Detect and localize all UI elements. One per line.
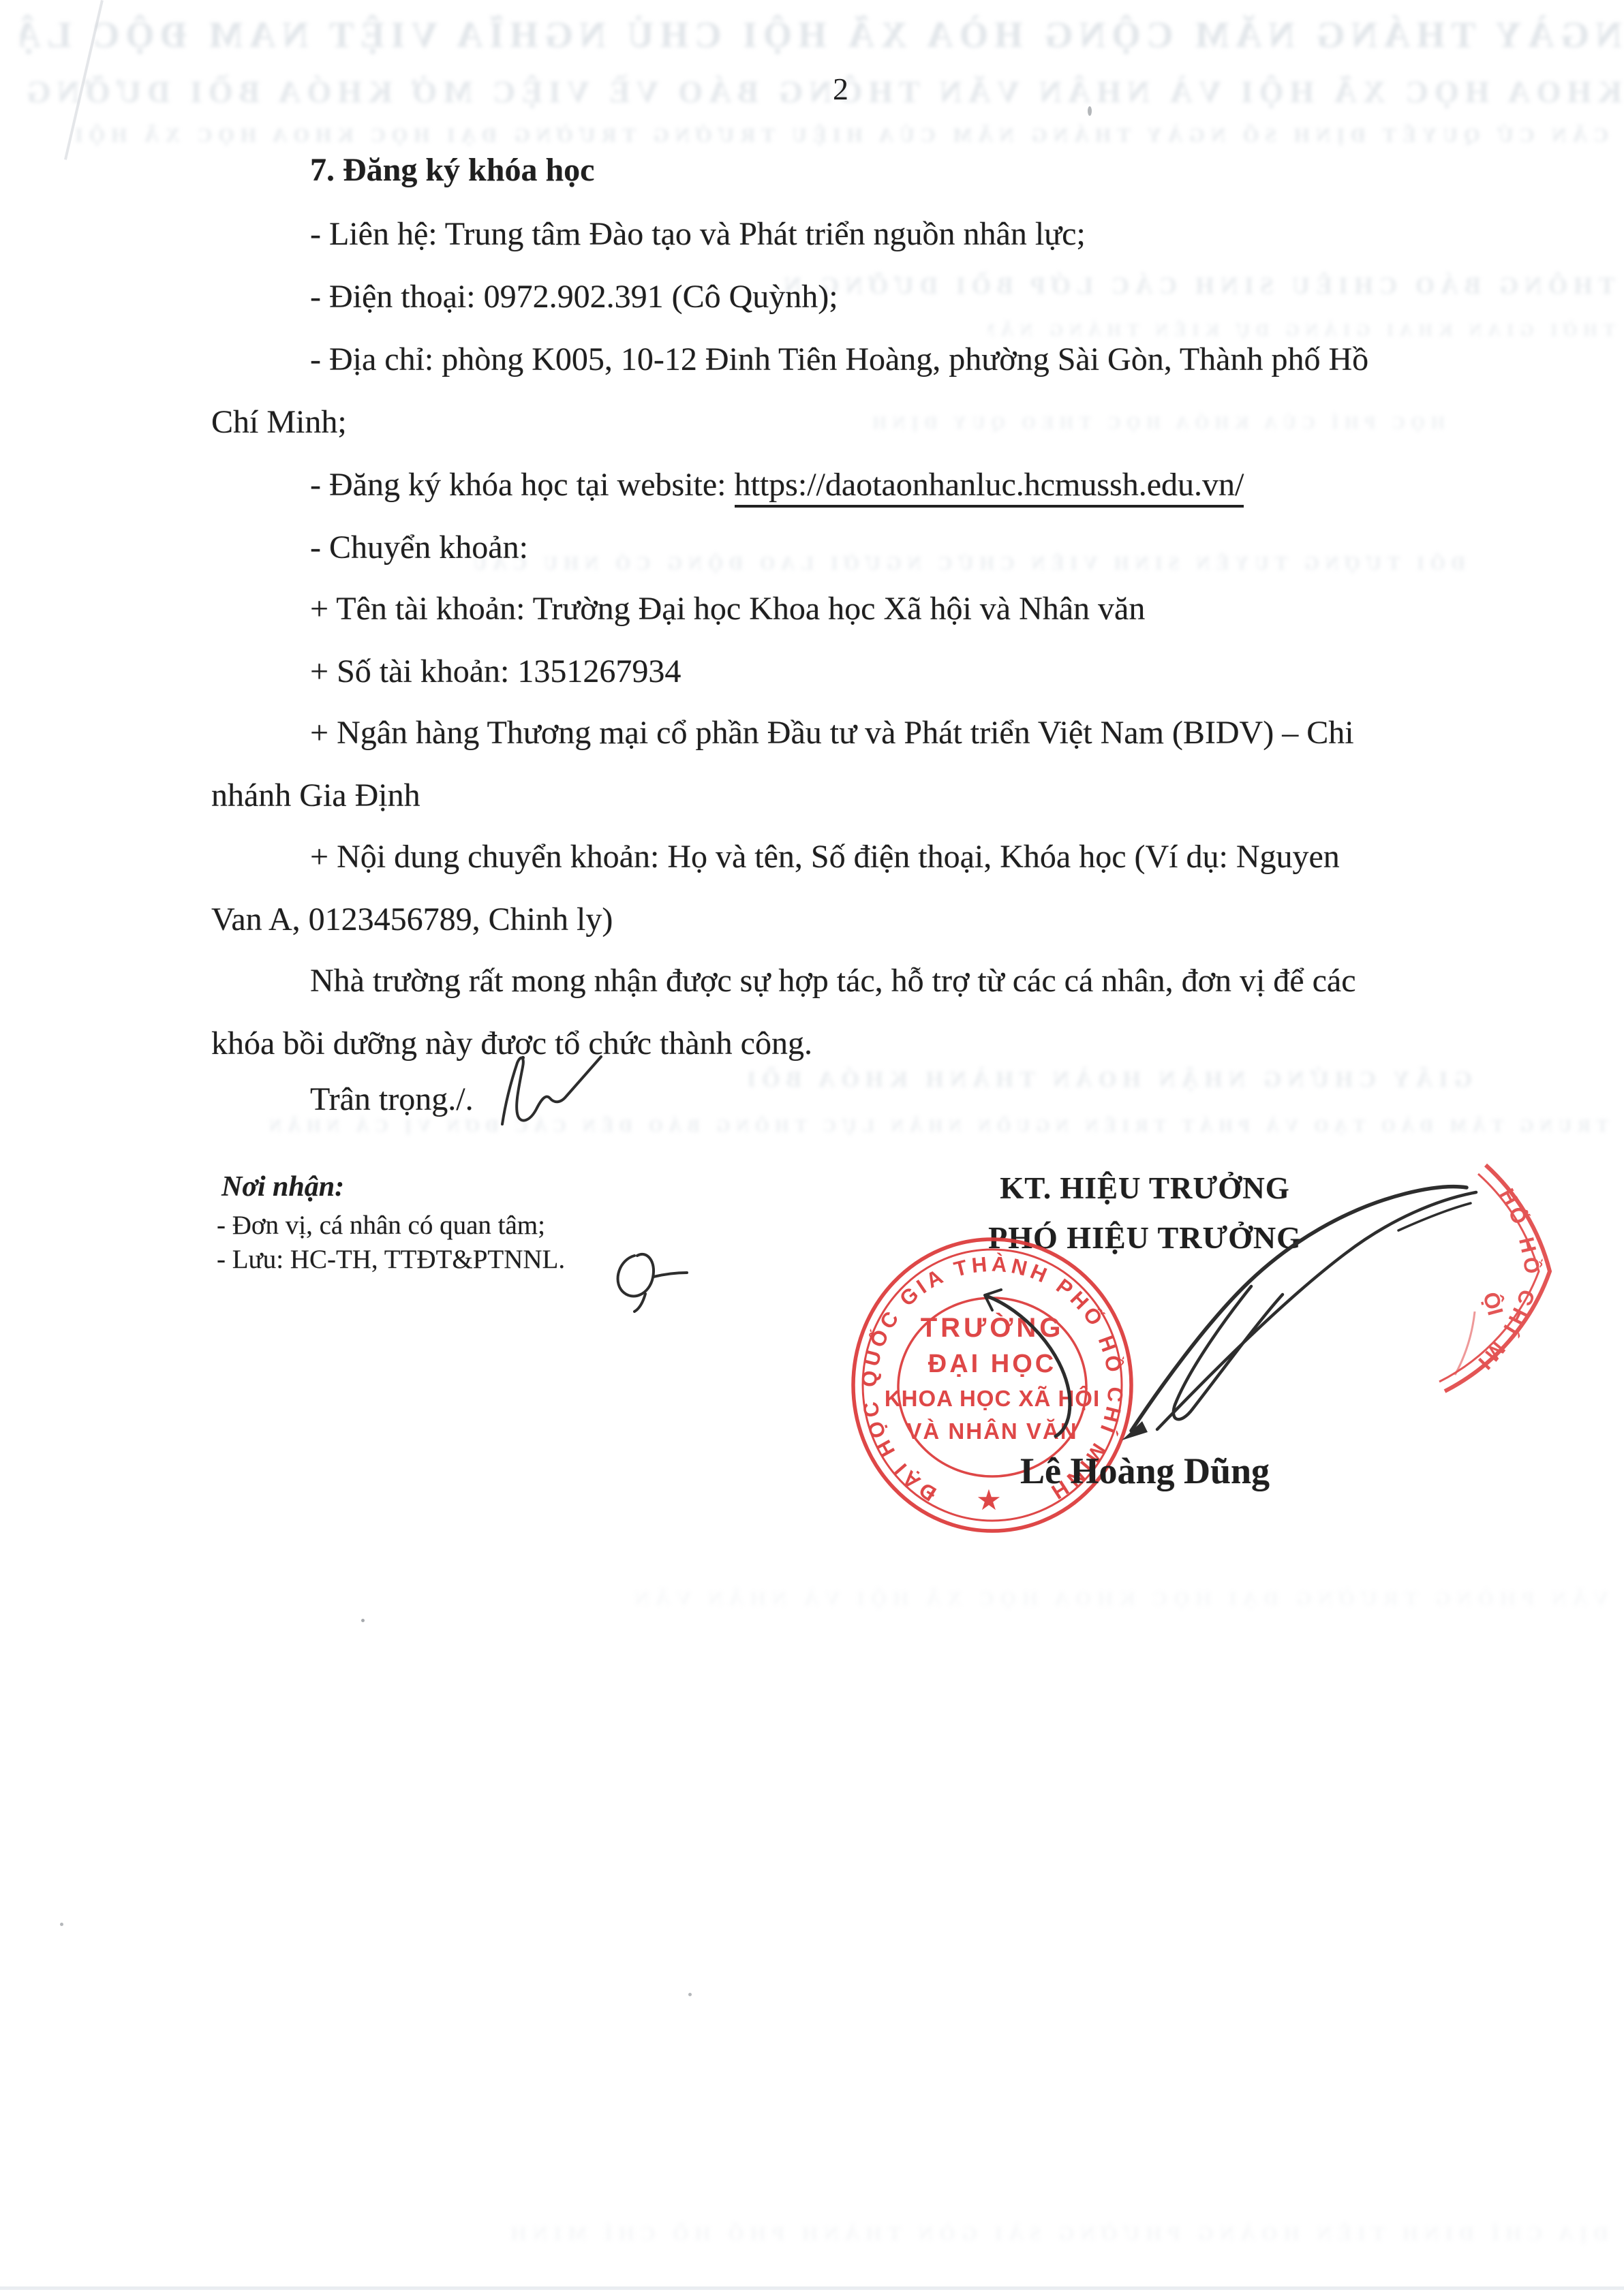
stamp-line-daihoc: ĐẠI HỌC [928,1350,1056,1378]
signature-stroke [1174,1286,1283,1419]
signature-strokes [502,1057,1476,1440]
stamp-signature-layer: ĐẠI HỌC QUỐC GIA THÀNH PHỐ HỒ CHÍ MINH ★… [0,0,1624,2296]
signature-stroke [1398,1203,1471,1230]
closing-initial-squiggle [502,1057,601,1124]
document-page: NGÀY THÁNG NĂM CỘNG HÒA XÃ HỘI CHỦ NGHĨA… [0,0,1624,2296]
partial-stamp-fragment-text: ỘI [1478,1289,1508,1318]
signer-name: Lê Hoàng Dũng [968,1450,1322,1492]
recipients-initial-squiggle [618,1254,654,1297]
partial-stamp-impression: HỐ HỒ CHÍ MI ỘI [1439,1165,1550,1391]
stamp-line-nhanvan: VÀ NHÂN VĂN [906,1418,1077,1444]
